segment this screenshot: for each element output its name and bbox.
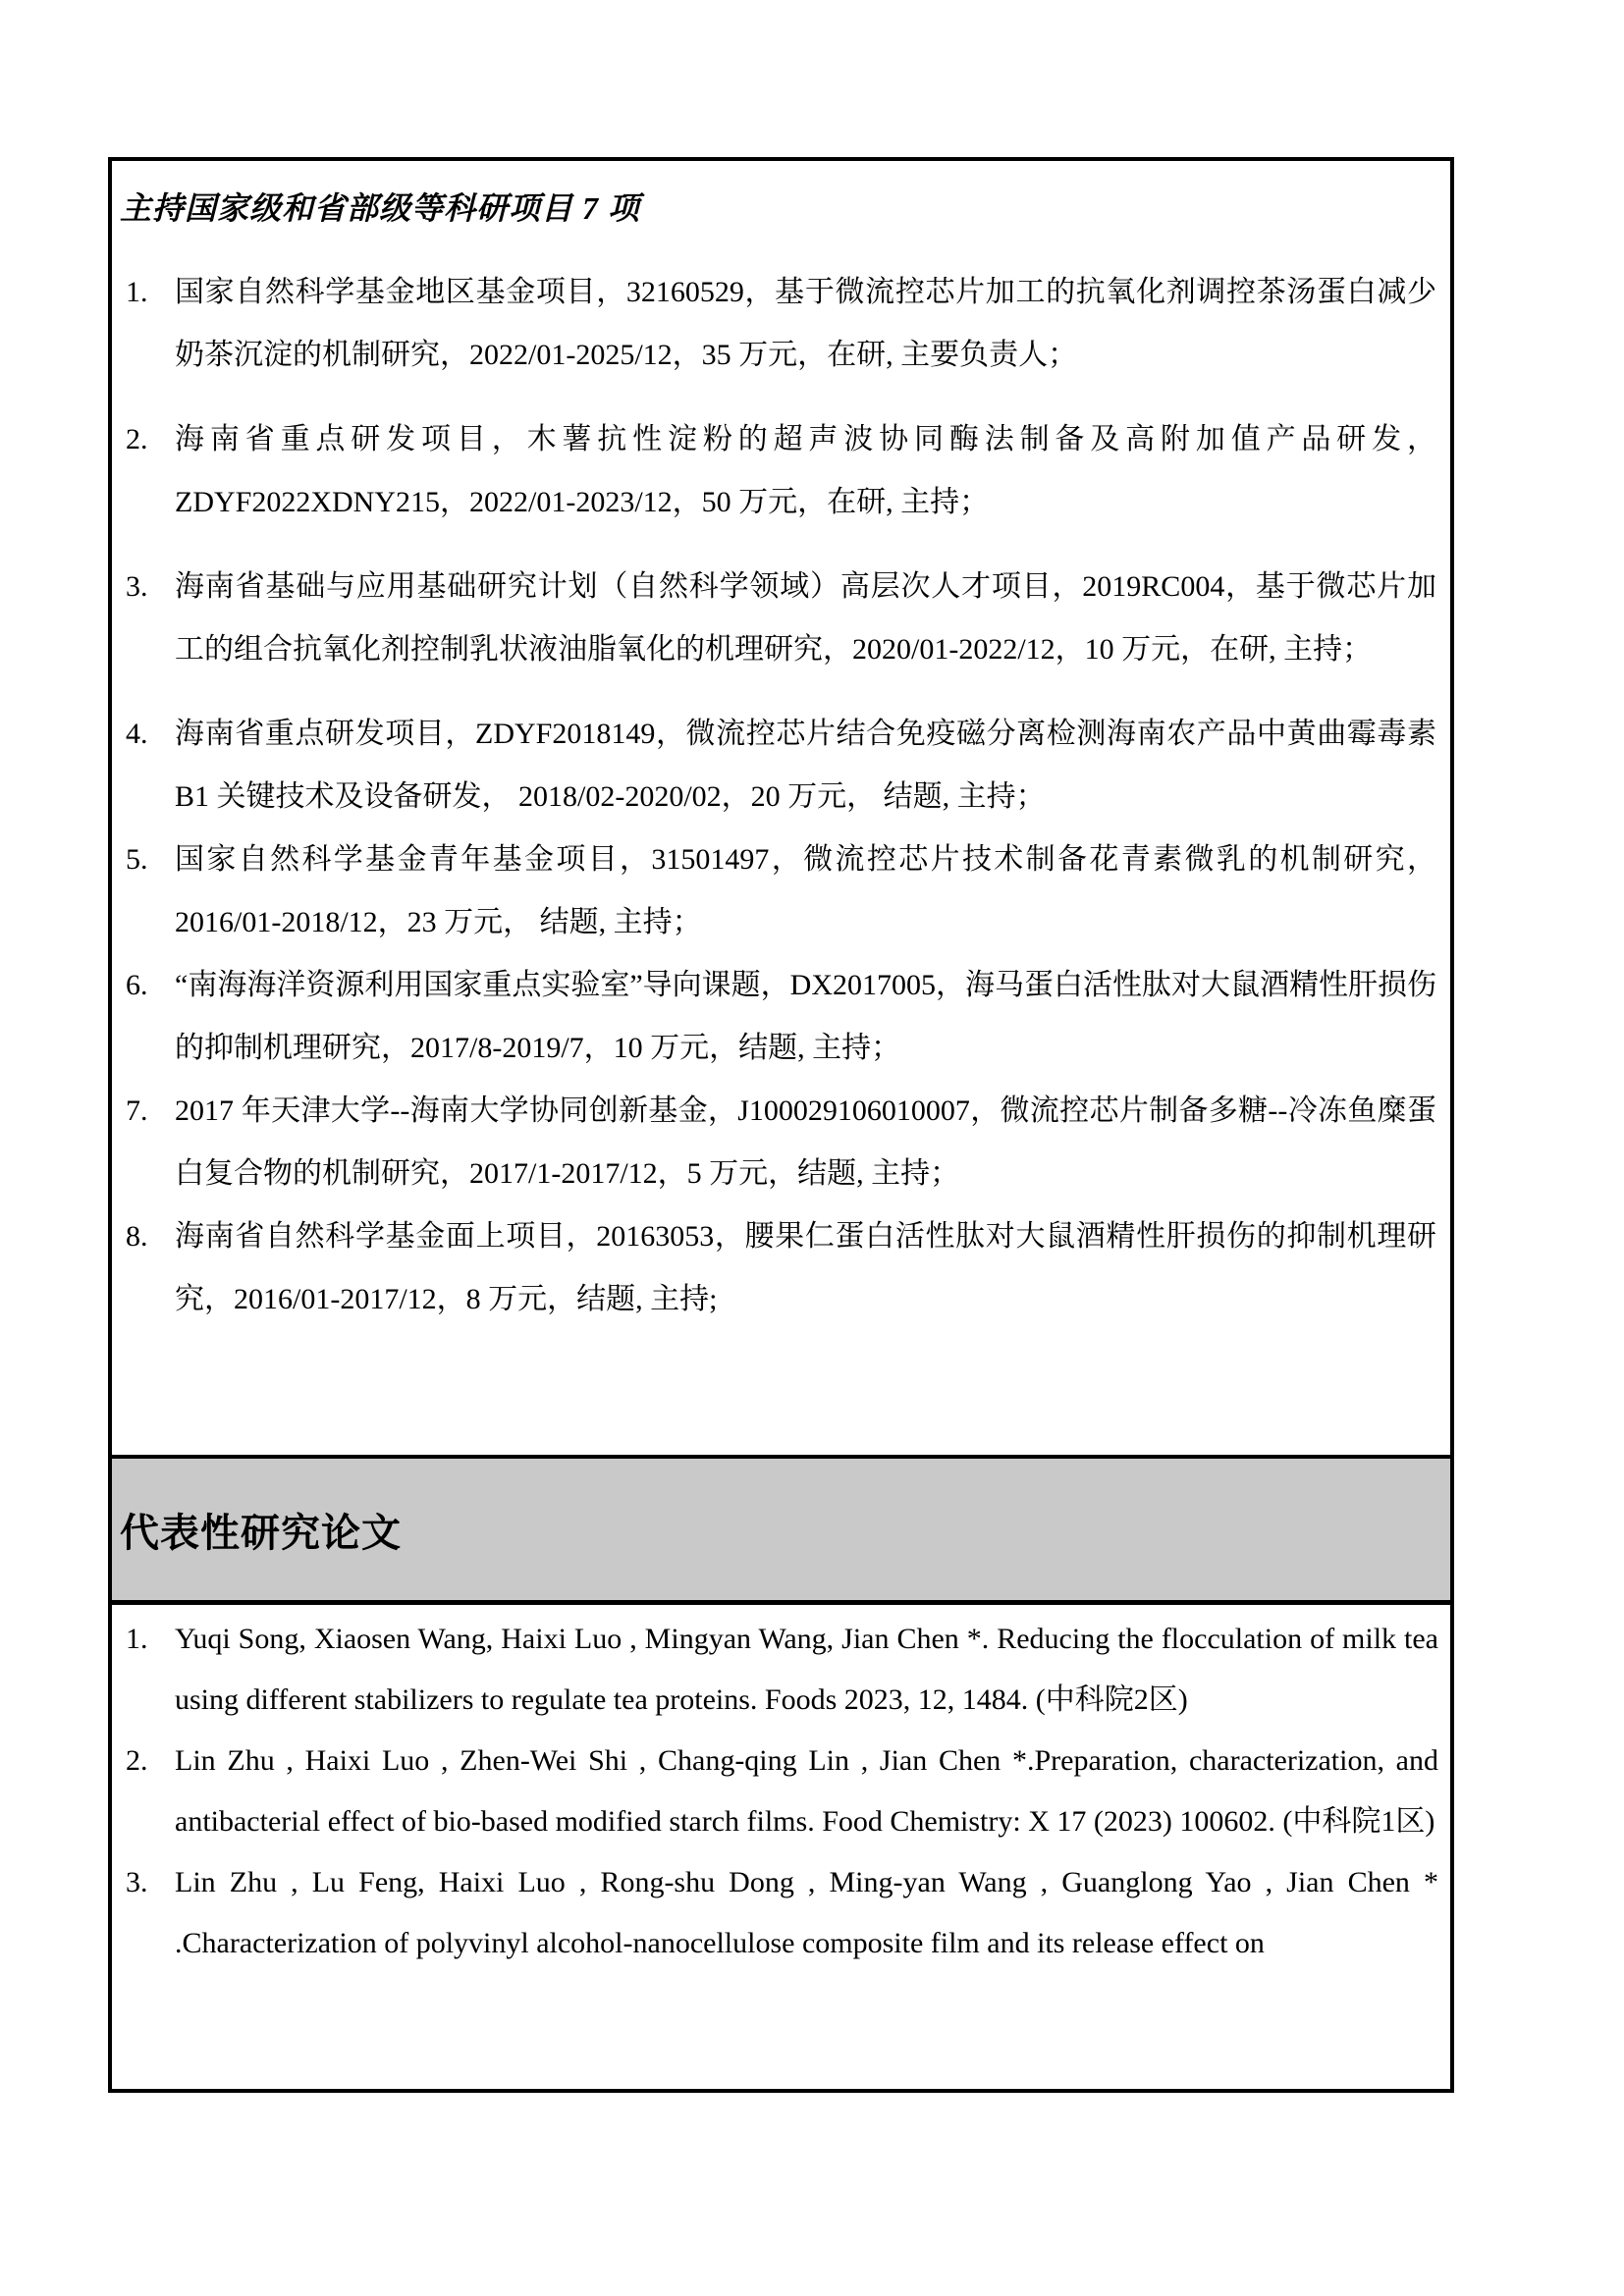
item-text: 国家自然科学基金地区基金项目，32160529，基于微流控芯片加工的抗氧化剂调控… [175,261,1436,387]
item-text: “南海海洋资源利用国家重点实验室”导向课题，DX2017005，海马蛋白活性肽对… [175,954,1436,1080]
publications-header-cell: 代表性研究论文 [112,1459,1450,1605]
item-number: 5. [120,828,175,891]
publication-item: 3. Lin Zhu , Lu Feng, Haixi Luo , Rong-s… [120,1852,1438,1974]
item-text: Lin Zhu , Lu Feng, Haixi Luo , Rong-shu … [175,1852,1438,1974]
item-text: 海南省重点研发项目，木薯抗性淀粉的超声波协同酶法制备及高附加值产品研发，ZDYF… [175,408,1436,534]
project-item: 8. 海南省自然科学基金面上项目，20163053，腰果仁蛋白活性肽对大鼠酒精性… [120,1205,1436,1331]
item-text: 2017 年天津大学--海南大学协同创新基金，J100029106010007，… [175,1080,1436,1205]
item-text: 海南省重点研发项目，ZDYF2018149，微流控芯片结合免疫磁分离检测海南农产… [175,703,1436,828]
item-text: 海南省自然科学基金面上项目，20163053，腰果仁蛋白活性肽对大鼠酒精性肝损伤… [175,1205,1436,1331]
item-number: 4. [120,703,175,766]
item-number: 2. [120,408,175,471]
item-number: 7. [120,1080,175,1143]
project-item: 6. “南海海洋资源利用国家重点实验室”导向课题，DX2017005，海马蛋白活… [120,954,1436,1080]
project-item: 3. 海南省基础与应用基础研究计划（自然科学领域）高层次人才项目，2019RC0… [120,556,1436,681]
projects-heading: 主持国家级和省部级等科研项目 7 项 [120,187,1436,230]
publications-cell: 1. Yuqi Song, Xiaosen Wang, Haixi Luo , … [112,1605,1450,2089]
publication-item: 1. Yuqi Song, Xiaosen Wang, Haixi Luo , … [120,1609,1438,1731]
project-item: 2. 海南省重点研发项目，木薯抗性淀粉的超声波协同酶法制备及高附加值产品研发，Z… [120,408,1436,534]
cv-content-table: 主持国家级和省部级等科研项目 7 项 1. 国家自然科学基金地区基金项目，321… [108,157,1454,2093]
item-text: Lin Zhu , Haixi Luo , Zhen-Wei Shi , Cha… [175,1731,1438,1852]
project-item: 4. 海南省重点研发项目，ZDYF2018149，微流控芯片结合免疫磁分离检测海… [120,703,1436,828]
publication-item: 2. Lin Zhu , Haixi Luo , Zhen-Wei Shi , … [120,1731,1438,1852]
item-text: Yuqi Song, Xiaosen Wang, Haixi Luo , Min… [175,1609,1438,1731]
item-number: 2. [120,1731,175,1791]
item-text: 国家自然科学基金青年基金项目，31501497，微流控芯片技术制备花青素微乳的机… [175,828,1436,954]
projects-cell: 主持国家级和省部级等科研项目 7 项 1. 国家自然科学基金地区基金项目，321… [112,161,1450,1459]
item-text: 海南省基础与应用基础研究计划（自然科学领域）高层次人才项目，2019RC004，… [175,556,1436,681]
publications-heading: 代表性研究论文 [120,1502,402,1558]
item-number: 1. [120,261,175,324]
item-number: 3. [120,1852,175,1913]
project-item: 7. 2017 年天津大学--海南大学协同创新基金，J1000291060100… [120,1080,1436,1205]
item-number: 6. [120,954,175,1017]
project-item: 5. 国家自然科学基金青年基金项目，31501497，微流控芯片技术制备花青素微… [120,828,1436,954]
project-item: 1. 国家自然科学基金地区基金项目，32160529，基于微流控芯片加工的抗氧化… [120,261,1436,387]
item-number: 8. [120,1205,175,1268]
item-number: 1. [120,1609,175,1670]
item-number: 3. [120,556,175,618]
